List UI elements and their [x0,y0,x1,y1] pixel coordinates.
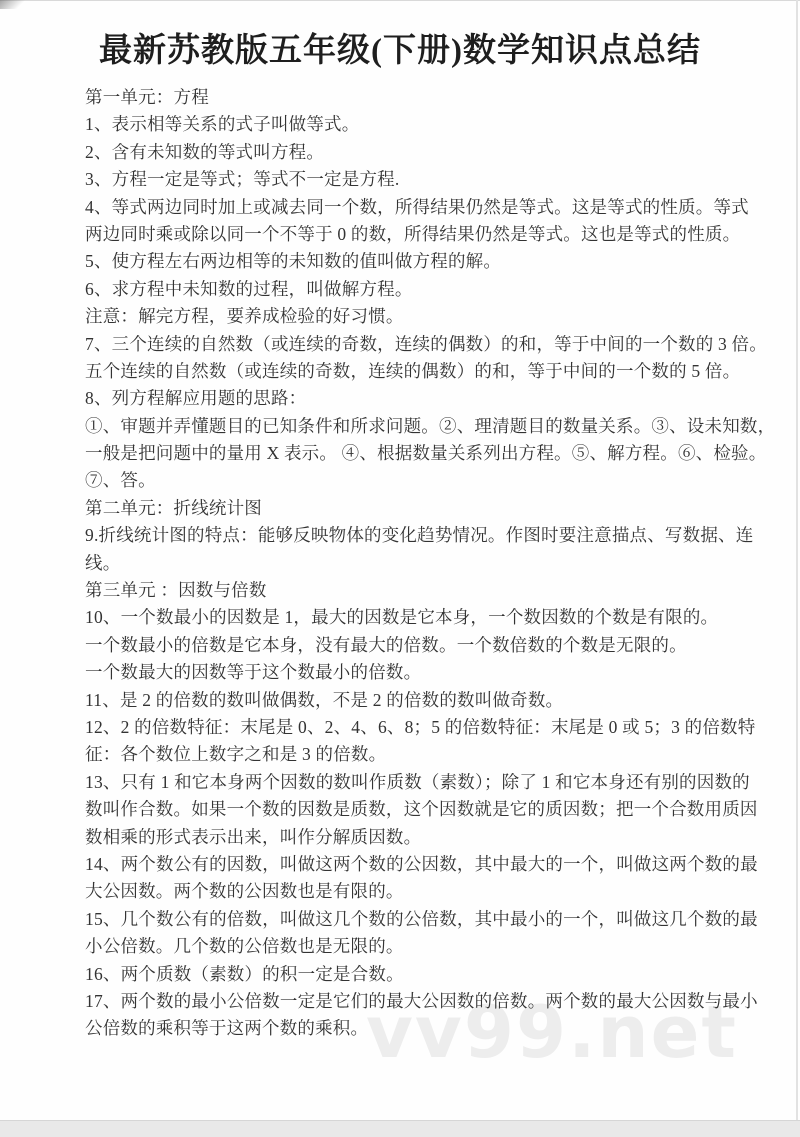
document-page: 最新苏教版五年级(下册)数学知识点总结 vv99.net 第一单元：方程 1、表… [0,0,800,1137]
text-line: ⑦、答。 [85,467,730,494]
text-line: 8、列方程解应用题的思路： [85,385,730,412]
text-line: 征：各个数位上数字之和是 3 的倍数。 [85,741,730,768]
text-line: 数相乘的形式表示出来，叫作分解质因数。 [85,824,730,851]
text-line: 16、两个质数（素数）的积一定是合数。 [85,961,730,988]
text-line: 17、两个数的最小公倍数一定是它们的最大公因数的倍数。两个数的最大公因数与最小 [85,988,730,1015]
page-title: 最新苏教版五年级(下册)数学知识点总结 [0,24,800,71]
text-line: ①、审题并弄懂题目的已知条件和所求问题。②、理清题目的数量关系。③、设未知数， [85,413,730,440]
text-line: 大公因数。两个数的公因数也是有限的。 [85,878,730,905]
text-line: 11、是 2 的倍数的数叫做偶数，不是 2 的倍数的数叫做奇数。 [85,687,730,714]
text-line: 6、求方程中未知数的过程，叫做解方程。 [85,276,730,303]
scan-top-edge [0,0,800,1]
scan-bottom-strip [0,1120,800,1137]
text-line: 4、等式两边同时加上或减去同一个数，所得结果仍然是等式。这是等式的性质。等式 [85,194,730,221]
text-line: 一个数最大的因数等于这个数最小的倍数。 [85,659,730,686]
text-line: 公倍数的乘积等于这两个数的乘积。 [85,1015,730,1042]
text-line: 一个数最小的倍数是它本身，没有最大的倍数。一个数倍数的个数是无限的。 [85,632,730,659]
text-line: 数叫作合数。如果一个数的因数是质数，这个因数就是它的质因数；把一个合数用质因 [85,796,730,823]
text-line: 13、只有 1 和它本身两个因数的数叫作质数（素数）；除了 1 和它本身还有别的… [85,769,730,796]
text-line: 五个连续的自然数（或连续的奇数，连续的偶数）的和，等于中间的一个数的 5 倍。 [85,358,730,385]
document-body: 第一单元：方程 1、表示相等关系的式子叫做等式。 2、含有未知数的等式叫方程。 … [85,84,730,1043]
section-heading-line: 第三单元 ：因数与倍数 [85,577,730,604]
text-line: 3、方程一定是等式；等式不一定是方程. [85,166,730,193]
scan-right-edge [796,0,798,1121]
text-line: 10、一个数最小的因数是 1，最大的因数是它本身，一个数因数的个数是有限的。 [85,604,730,631]
text-line: 9.折线统计图的特点：能够反映物体的变化趋势情况。作图时要注意描点、写数据、连 [85,522,730,549]
text-line: 15、几个数公有的倍数，叫做这几个数的公倍数，其中最小的一个，叫做这几个数的最 [85,906,730,933]
text-line: 线。 [85,550,730,577]
text-line: 2、含有未知数的等式叫方程。 [85,139,730,166]
text-line: 注意：解完方程，要养成检验的好习惯。 [85,303,730,330]
text-line: 小公倍数。几个数的公倍数也是无限的。 [85,933,730,960]
text-line: 14、两个数公有的因数，叫做这两个数的公因数，其中最大的一个，叫做这两个数的最 [85,851,730,878]
scan-corner-smudge [0,0,28,9]
text-line: 7、三个连续的自然数（或连续的奇数，连续的偶数）的和，等于中间的一个数的 3 倍… [85,331,730,358]
text-line: 1、表示相等关系的式子叫做等式。 [85,111,730,138]
text-line: 12、2 的倍数特征：末尾是 0、2、4、6、8；5 的倍数特征：末尾是 0 或… [85,714,730,741]
section-heading-line: 第二单元：折线统计图 [85,495,730,522]
text-line: 一般是把问题中的量用 X 表示。 ④、根据数量关系列出方程。⑤、解方程。⑥、检验… [85,440,730,467]
section-heading-line: 第一单元：方程 [85,84,730,111]
text-line: 5、使方程左右两边相等的未知数的值叫做方程的解。 [85,248,730,275]
text-line: 两边同时乘或除以同一个不等于 0 的数，所得结果仍然是等式。这也是等式的性质。 [85,221,730,248]
